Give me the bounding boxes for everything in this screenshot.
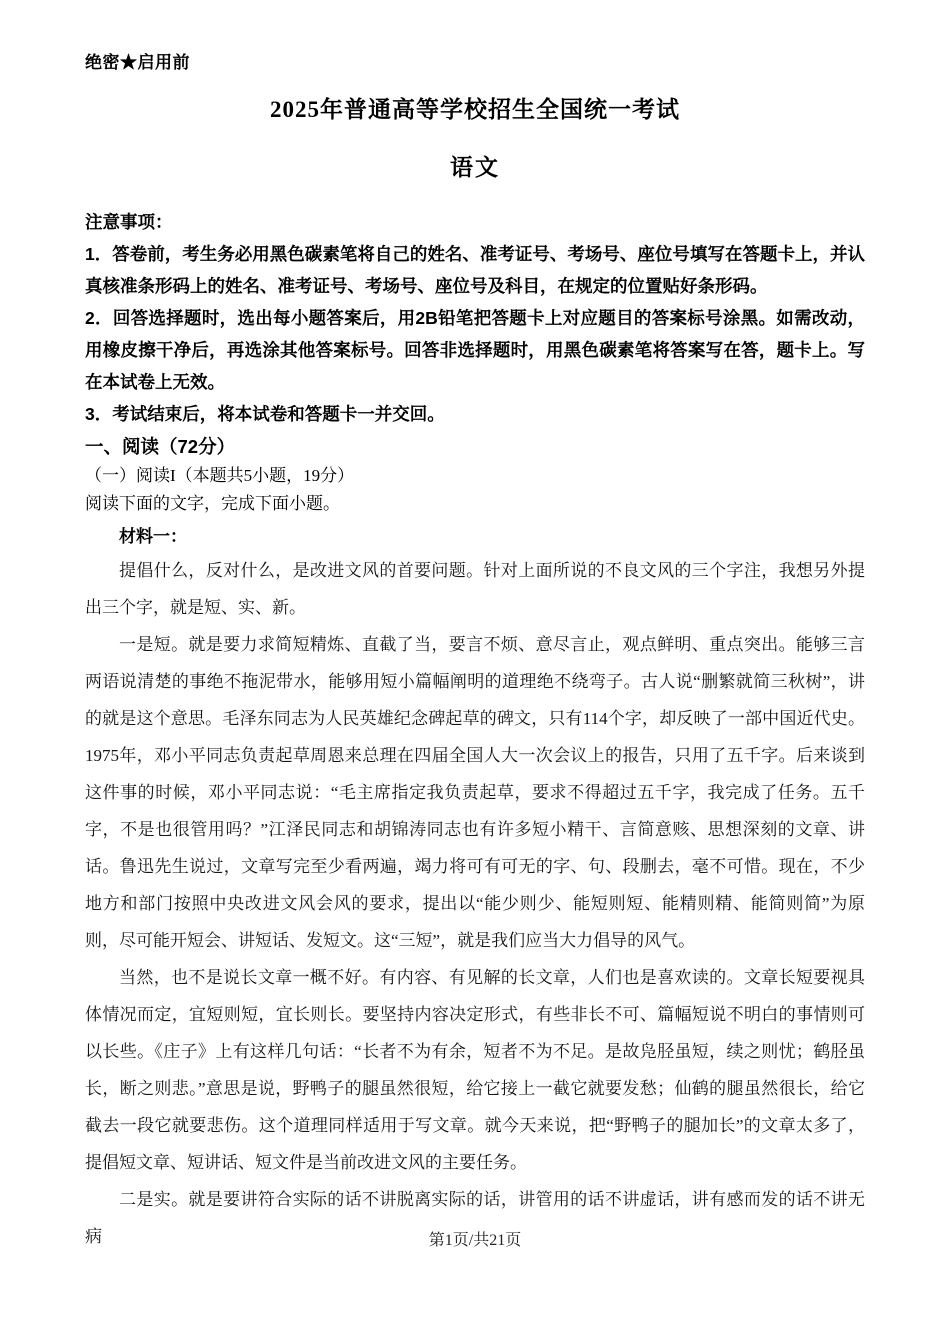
- page-number-indicator: 第1页/共21页: [0, 1230, 950, 1252]
- reading-instruction: 阅读下面的文字，完成下面小题。: [85, 490, 865, 518]
- material-one-text: 提倡什么，反对什么，是改进文风的首要问题。针对上面所说的不良文风的三个字注，我想…: [85, 552, 865, 1255]
- subject-title: 语文: [85, 152, 865, 184]
- notice-heading: 注意事项：: [85, 206, 865, 238]
- notice-item-2: 2．回答选择题时，选出每小题答案后，用2B铅笔把答题卡上对应题目的答案标号涂黑。…: [85, 302, 865, 398]
- notice-item-3: 3．考试结束后，将本试卷和答题卡一并交回。: [85, 398, 865, 430]
- classification-label: 绝密★启用前: [85, 52, 865, 74]
- body-paragraph: 当然，也不是说长文章一概不好。有内容、有见解的长文章，人们也是喜欢读的。文章长短…: [85, 959, 865, 1181]
- notice-item-1: 1．答卷前，考生务必用黑色碳素笔将自己的姓名、准考证号、考场号、座位号填写在答题…: [85, 238, 865, 302]
- section-heading-reading: 一、阅读（72分）: [85, 432, 865, 462]
- part-heading-reading-1: （一）阅读I（本题共5小题，19分）: [85, 462, 865, 490]
- exam-title: 2025年普通高等学校招生全国统一考试: [85, 94, 865, 126]
- exam-paper-page: 绝密★启用前 2025年普通高等学校招生全国统一考试 语文 注意事项： 1．答卷…: [0, 0, 950, 1344]
- material-one-label: 材料一：: [85, 522, 865, 552]
- body-paragraph: 提倡什么，反对什么，是改进文风的首要问题。针对上面所说的不良文风的三个字注，我想…: [85, 552, 865, 626]
- notice-section: 注意事项： 1．答卷前，考生务必用黑色碳素笔将自己的姓名、准考证号、考场号、座位…: [85, 206, 865, 430]
- body-paragraph: 一是短。就是要力求简短精炼、直截了当，要言不烦、意尽言止，观点鲜明、重点突出。能…: [85, 626, 865, 959]
